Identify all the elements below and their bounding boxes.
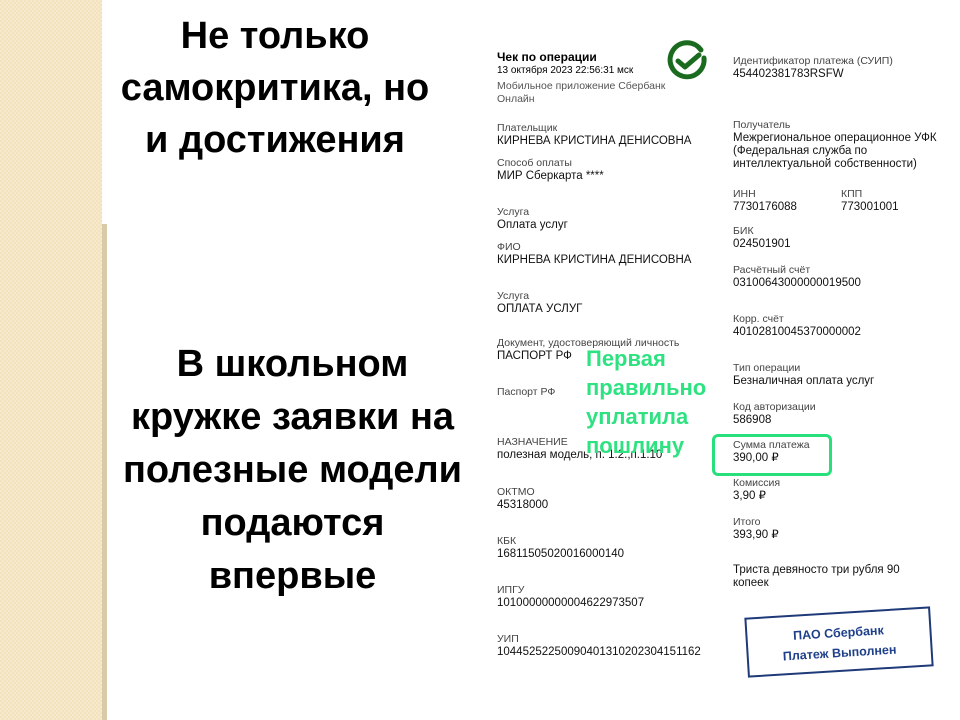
amount-highlight-box <box>712 434 832 476</box>
field-full-name: ФИО КИРНЕВА КРИСТИНА ДЕНИСОВНА <box>497 241 717 267</box>
receipt-header: Чек по операции 13 октября 2023 22:56:31… <box>497 51 667 106</box>
field-recipient: Получатель Межрегиональное операционное … <box>733 119 943 171</box>
decorative-side-band <box>0 0 102 720</box>
field-operation-type: Тип операции Безналичная оплата услуг <box>733 362 943 388</box>
field-commission: Комиссия 3,90 ₽ <box>733 477 943 503</box>
field-total-in-words: Триста девяносто три рубля 90 копеек <box>733 564 933 590</box>
field-total: Итого 393,90 ₽ <box>733 516 943 542</box>
field-corr-account: Корр. счёт 40102810045370000002 <box>733 313 943 339</box>
annotation-first-fee-paid: Первая правильно уплатила пошлину <box>586 344 721 460</box>
payment-completed-stamp: ПАО Сбербанк Платеж Выполнен <box>744 606 933 677</box>
field-service: Услуга Оплата услуг <box>497 206 717 232</box>
field-bik: БИК 024501901 <box>733 225 943 251</box>
field-payment-method: Способ оплаты МИР Сберкарта **** <box>497 157 717 183</box>
field-payer: Плательщик КИРНЕВА КРИСТИНА ДЕНИСОВНА <box>497 122 717 148</box>
field-kbk: КБК 16811505020016000140 <box>497 535 717 561</box>
sber-check-icon <box>666 40 708 82</box>
field-inn: ИНН 7730176088 <box>733 188 833 214</box>
field-oktmo: ОКТМО 45318000 <box>497 486 717 512</box>
field-service-2: Услуга ОПЛАТА УСЛУГ <box>497 290 717 316</box>
slide-heading-bottom: В школьном кружке заявки на полезные мод… <box>115 338 470 603</box>
field-auth-code: Код авторизации 586908 <box>733 401 943 427</box>
field-settlement-account: Расчётный счёт 03100643000000019500 <box>733 264 943 290</box>
receipt-source: Мобильное приложение Сбербанк Онлайн <box>497 80 667 106</box>
slide-heading-top: Не только самокритика, но и достижения <box>110 10 440 166</box>
receipt-datetime: 13 октября 2023 22:56:31 мск <box>497 64 667 77</box>
decorative-side-band-shadow <box>102 224 107 720</box>
receipt-title: Чек по операции <box>497 51 667 64</box>
field-suip: Идентификатор платежа (СУИП) 45440238178… <box>733 55 943 81</box>
field-ipgu: ИПГУ 10100000000004622973507 <box>497 584 717 610</box>
field-uip: УИП 10445252250090401310202304151162 <box>497 633 711 659</box>
field-kpp: КПП 773001001 <box>841 188 941 214</box>
